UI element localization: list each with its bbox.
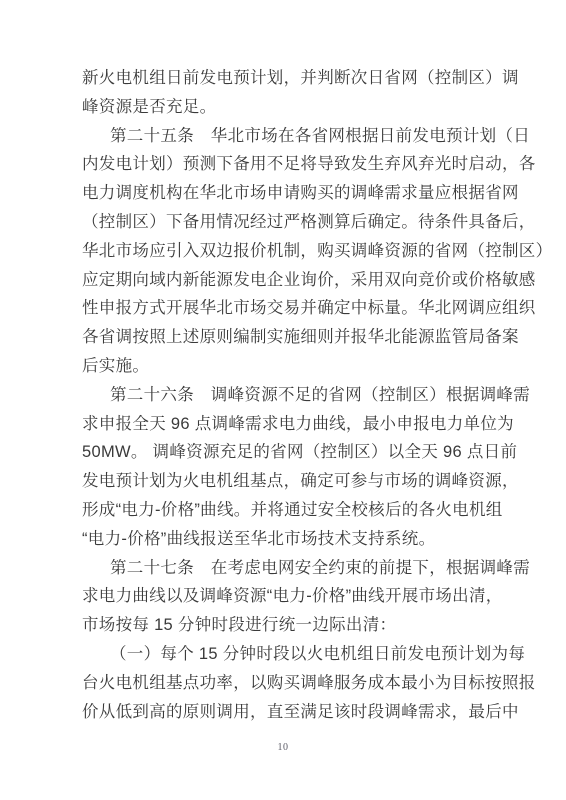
text-line: 华北市场应引入双边报价机制，购买调峰资源的省网（控制区）: [82, 237, 492, 266]
document-body: 新火电机组日前发电预计划，并判断次日省网（控制区）调峰资源是否充足。第二十五条 …: [82, 64, 492, 726]
text-line: 应定期向域内新能源发电企业询价，采用双向竞价或价格敏感: [82, 266, 492, 295]
text-line: 第二十七条 在考虑电网安全约束的前提下，根据调峰需: [82, 554, 492, 583]
document-page: 新火电机组日前发电预计划，并判断次日省网（控制区）调峰资源是否充足。第二十五条 …: [0, 0, 566, 800]
text-line: 50MW。 调峰资源充足的省网（控制区）以全天 96 点日前: [82, 438, 492, 467]
text-line: 电力调度机构在华北市场申请购买的调峰需求量应根据省网: [82, 179, 492, 208]
text-line: 形成“电力-价格”曲线。并将通过安全校核后的各火电机组: [82, 496, 492, 525]
text-line: “电力-价格”曲线报送至华北市场技术支持系统。: [82, 525, 492, 554]
text-line: 求电力曲线以及调峰资源“电力-价格”曲线开展市场出清，: [82, 582, 492, 611]
text-line: 各省调按照上述原则编制实施细则并报华北能源监管局备案: [82, 323, 492, 352]
text-line: （控制区）下备用情况经过严格测算后确定。待条件具备后，: [82, 208, 492, 237]
text-line: 后实施。: [82, 352, 492, 381]
page-number: 10: [0, 742, 566, 753]
text-line: 性申报方式开展华北市场交易并确定中标量。华北网调应组织: [82, 294, 492, 323]
text-line: 台火电机组基点功率，以购买调峰服务成本最小为目标按照报: [82, 669, 492, 698]
text-line: 求申报全天 96 点调峰需求电力曲线，最小申报电力单位为: [82, 410, 492, 439]
text-line: 第二十六条 调峰资源不足的省网（控制区）根据调峰需: [82, 381, 492, 410]
text-line: 新火电机组日前发电预计划，并判断次日省网（控制区）调: [82, 64, 492, 93]
text-line: 市场按每 15 分钟时段进行统一边际出清：: [82, 611, 492, 640]
text-line: 发电预计划为火电机组基点，确定可参与市场的调峰资源，: [82, 467, 492, 496]
text-line: （一）每个 15 分钟时段以火电机组日前发电预计划为每: [82, 640, 492, 669]
text-line: 峰资源是否充足。: [82, 93, 492, 122]
text-line: 内发电计划）预测下备用不足将导致发生弃风弃光时启动，各: [82, 150, 492, 179]
text-line: 价从低到高的原则调用，直至满足该时段调峰需求，最后中: [82, 698, 492, 727]
text-line: 第二十五条 华北市场在各省网根据日前发电预计划（日: [82, 122, 492, 151]
